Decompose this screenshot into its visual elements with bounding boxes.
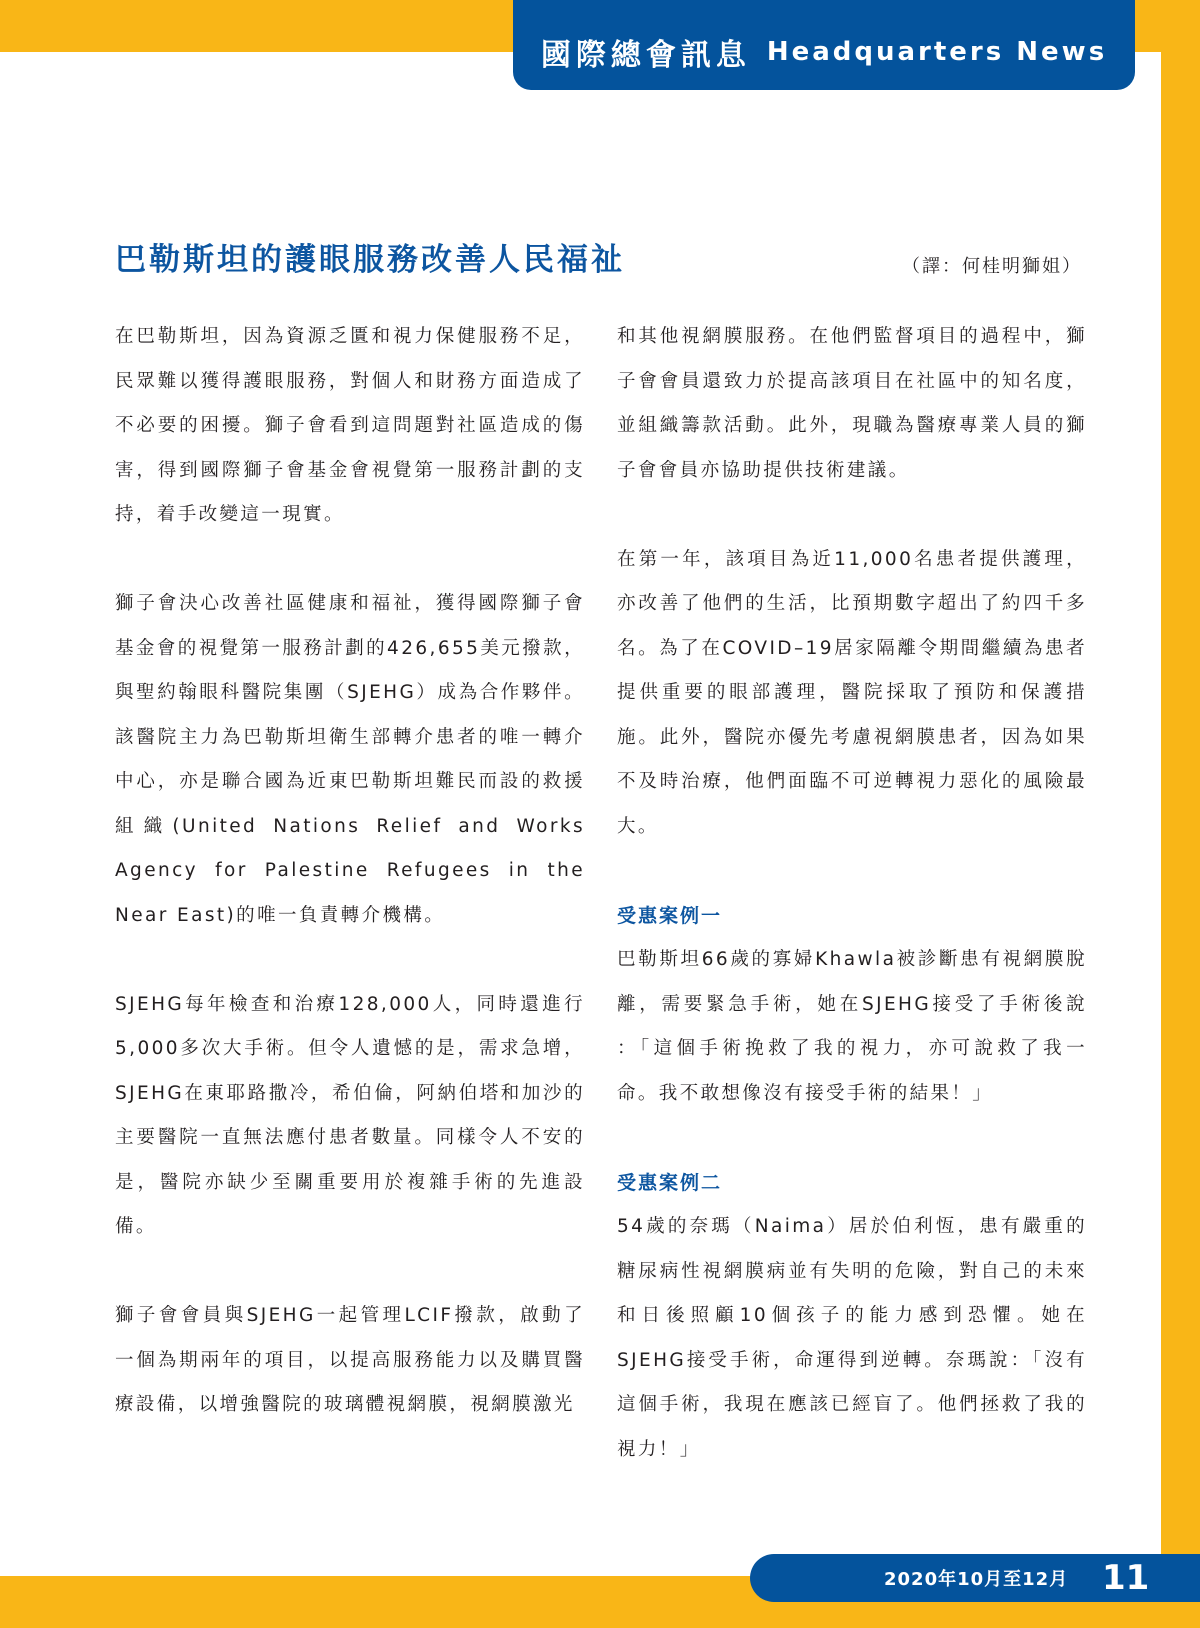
case-one-body: 巴勒斯坦66歲的寡婦Khawla被診斷患有視網膜脫離，需要緊急手術，她在SJEH… bbox=[617, 938, 1087, 1116]
case-one-heading: 受惠案例一 bbox=[617, 894, 1087, 939]
paragraph: 和其他視網膜服務。在他們監督項目的過程中，獅子會會員還致力於提高該項目在社區中的… bbox=[617, 315, 1087, 493]
footer-bar: 2020年10月至12月 11 bbox=[750, 1554, 1200, 1602]
paragraph: 獅子會決心改善社區健康和福祉，獲得國際獅子會基金會的視覺第一服務計劃的426,6… bbox=[115, 582, 585, 938]
article-title: 巴勒斯坦的護眼服務改善人民福祉 bbox=[115, 234, 625, 279]
article-column-left: 在巴勒斯坦，因為資源乏匱和視力保健服務不足，民眾難以獲得護眼服務，對個人和財務方… bbox=[115, 315, 585, 1428]
paragraph: 獅子會會員與SJEHG一起管理LCIF撥款，啟動了一個為期兩年的項目，以提高服務… bbox=[115, 1294, 585, 1428]
issue-date: 2020年10月至12月 bbox=[884, 1565, 1068, 1591]
paragraph: 在巴勒斯坦，因為資源乏匱和視力保健服務不足，民眾難以獲得護眼服務，對個人和財務方… bbox=[115, 315, 585, 538]
paragraph: 在第一年，該項目為近11,000名患者提供護理，亦改善了他們的生活，比預期數字超… bbox=[617, 538, 1087, 850]
case-two-body: 54歲的奈瑪（Naima）居於伯利恆，患有嚴重的糖尿病性視網膜病並有失明的危險，… bbox=[617, 1205, 1087, 1472]
translator-credit: （譯：何桂明獅姐） bbox=[902, 252, 1082, 278]
section-title-en: Headquarters News bbox=[767, 37, 1107, 67]
page-number: 11 bbox=[1102, 1558, 1149, 1598]
section-title-zh: 國際總會訊息 bbox=[541, 30, 751, 74]
paragraph: SJEHG每年檢查和治療128,000人，同時還進行5,000多次大手術。但令人… bbox=[115, 983, 585, 1250]
case-two-heading: 受惠案例二 bbox=[617, 1161, 1087, 1206]
article-column-right: 和其他視網膜服務。在他們監督項目的過程中，獅子會會員還致力於提高該項目在社區中的… bbox=[617, 315, 1087, 1472]
section-header-tab: 國際總會訊息 Headquarters News bbox=[513, 0, 1135, 90]
right-yellow-band bbox=[1161, 0, 1200, 1628]
